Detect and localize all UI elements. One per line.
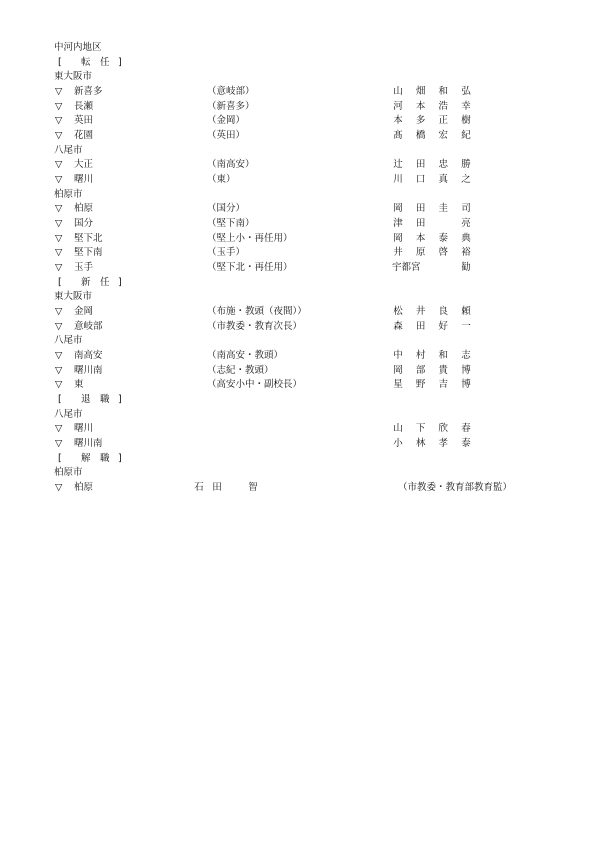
school-name: 大正: [74, 158, 93, 172]
person-name: 山畑和弘: [392, 85, 472, 99]
name-char: 啓: [437, 246, 449, 260]
name-char: 岡: [392, 232, 404, 246]
name-char: 典: [460, 232, 472, 246]
name-char: 忠: [437, 158, 449, 172]
name-char: 泰: [460, 437, 472, 451]
name-char: 正: [437, 114, 449, 128]
city-name: 東大阪市: [54, 70, 92, 84]
person-name: 井原啓裕: [392, 246, 472, 260]
name-char: 河: [392, 100, 404, 114]
triangle-marker-icon: ▽: [55, 232, 62, 246]
section-label-char: 転: [81, 56, 91, 70]
name-char: 欣: [437, 422, 449, 436]
new-post: （市教委・教育部教育監）: [398, 481, 512, 495]
name-char: 星: [392, 378, 404, 392]
person-name: 髙橋宏紀: [392, 129, 472, 143]
triangle-marker-icon: ▽: [55, 100, 62, 114]
name-char: 井: [392, 246, 404, 260]
name-char: 司: [460, 202, 472, 216]
person-name: 松井良頼: [392, 305, 472, 319]
previous-post: （志紀・教頭）: [207, 364, 274, 378]
name-char: 中: [392, 349, 404, 363]
name-char: 林: [415, 437, 427, 451]
triangle-marker-icon: ▽: [55, 261, 62, 275]
section-label-char: 解: [81, 452, 91, 466]
name-char: 博: [460, 378, 472, 392]
triangle-marker-icon: ▽: [55, 217, 62, 231]
name-char: 勧: [460, 261, 472, 275]
personnel-entry: ▽曙川山下欣春: [0, 422, 596, 436]
triangle-marker-icon: ▽: [55, 129, 62, 143]
name-char: 吉: [437, 378, 449, 392]
previous-post: （英田）: [207, 129, 245, 143]
name-char: [229, 481, 241, 495]
triangle-marker-icon: ▽: [55, 305, 62, 319]
name-char: 頼: [460, 305, 472, 319]
section-label-char: ]: [118, 452, 122, 466]
city-heading: 八尾市: [0, 334, 596, 348]
person-name: 小林孝泰: [392, 437, 472, 451]
name-char: 泰: [437, 232, 449, 246]
triangle-marker-icon: ▽: [55, 422, 62, 436]
previous-post: （高安小中・副校長）: [207, 378, 302, 392]
school-name: 花園: [74, 129, 93, 143]
name-char: 部: [415, 364, 427, 378]
previous-post: （堅上小・再任用）: [207, 232, 293, 246]
city-heading: 東大阪市: [0, 70, 596, 84]
school-name: 国分: [74, 217, 93, 231]
name-char: 田: [415, 158, 427, 172]
personnel-entry: ▽新喜多（意岐部）山畑和弘: [0, 85, 596, 99]
section-label-char: 職: [100, 452, 110, 466]
triangle-marker-icon: ▽: [55, 320, 62, 334]
name-char: 亮: [460, 217, 472, 231]
school-name: 東: [74, 378, 84, 392]
personnel-entry: ▽堅下北（堅上小・再任用）岡本泰典: [0, 232, 596, 246]
previous-post: （堅下南）: [207, 217, 255, 231]
section-label-char: [: [58, 393, 62, 407]
previous-post: （市教委・教育次長）: [207, 320, 302, 334]
personnel-entry: ▽曙川南小林孝泰: [0, 437, 596, 451]
section-label-char: [: [58, 452, 62, 466]
person-name: 石田智: [193, 481, 283, 495]
section-label-char: [: [58, 56, 62, 70]
city-name: 東大阪市: [54, 290, 92, 304]
name-char: 原: [415, 246, 427, 260]
triangle-marker-icon: ▽: [55, 173, 62, 187]
personnel-entry: ▽国分（堅下南）津田亮: [0, 217, 596, 231]
name-char: 春: [460, 422, 472, 436]
previous-post: （国分）: [207, 202, 245, 216]
name-char: 橋: [415, 129, 427, 143]
city-heading: 柏原市: [0, 466, 596, 480]
previous-post: （南高安・教頭）: [207, 349, 283, 363]
name-char: 小: [392, 437, 404, 451]
name-char: 野: [415, 378, 427, 392]
personnel-entry: ▽英田（金岡）本多正樹: [0, 114, 596, 128]
person-name: 森田好一: [392, 320, 472, 334]
person-name: 岡田圭司: [392, 202, 472, 216]
section-heading-release: [解職]: [0, 452, 596, 466]
section-label-char: [: [58, 276, 62, 290]
name-char: 良: [437, 305, 449, 319]
section-label-char: 職: [100, 393, 110, 407]
school-name: 英田: [74, 114, 93, 128]
name-char: 川: [392, 173, 404, 187]
section-label-char: ]: [118, 56, 122, 70]
personnel-entry: ▽意岐部（市教委・教育次長）森田好一: [0, 320, 596, 334]
name-char: 勝: [460, 158, 472, 172]
triangle-marker-icon: ▽: [55, 364, 62, 378]
personnel-entry: ▽東（高安小中・副校長）星野吉博: [0, 378, 596, 392]
name-char: [437, 217, 449, 231]
district-heading: 中河内地区: [0, 41, 596, 55]
name-char: 田: [415, 217, 427, 231]
school-name: 金岡: [74, 305, 93, 319]
section-heading-new: [新任]: [0, 276, 596, 290]
section-label-char: 退: [81, 393, 91, 407]
name-char: 宇都宮: [392, 261, 432, 275]
name-char: 下: [415, 422, 427, 436]
name-char: 浩: [437, 100, 449, 114]
triangle-marker-icon: ▽: [55, 158, 62, 172]
name-char: 口: [415, 173, 427, 187]
school-name: 長瀬: [74, 100, 93, 114]
person-name: 河本浩幸: [392, 100, 472, 114]
personnel-entry: ▽花園（英田）髙橋宏紀: [0, 129, 596, 143]
name-char: 津: [392, 217, 404, 231]
person-name: 星野吉博: [392, 378, 472, 392]
previous-post: （新喜多）: [207, 100, 255, 114]
personnel-entry: ▽大正（南高安）辻田忠勝: [0, 158, 596, 172]
person-name: 辻田忠勝: [392, 158, 472, 172]
school-name: 意岐部: [74, 320, 103, 334]
name-char: 好: [437, 320, 449, 334]
name-char: 宏: [437, 129, 449, 143]
personnel-entry: ▽南高安（南高安・教頭）中村和志: [0, 349, 596, 363]
personnel-entry: ▽玉手（堅下北・再任用）宇都宮勧: [0, 261, 596, 275]
person-name: 本多正樹: [392, 114, 472, 128]
school-name: 堅下南: [74, 246, 103, 260]
triangle-marker-icon: ▽: [55, 378, 62, 392]
name-char: 本: [392, 114, 404, 128]
name-char: 井: [415, 305, 427, 319]
school-name: 新喜多: [74, 85, 103, 99]
school-name: 曙川: [74, 422, 93, 436]
city-name: 柏原市: [54, 466, 83, 480]
section-label-char: 任: [100, 276, 110, 290]
person-name: 山下欣春: [392, 422, 472, 436]
name-char: 幸: [460, 100, 472, 114]
personnel-entry: ▽堅下南（玉手）井原啓裕: [0, 246, 596, 260]
person-name: 岡部貴博: [392, 364, 472, 378]
name-char: 岡: [392, 364, 404, 378]
personnel-entry: ▽柏原石田智（市教委・教育部教育監）: [0, 481, 596, 495]
name-char: 裕: [460, 246, 472, 260]
personnel-entry: ▽柏原（国分）岡田圭司: [0, 202, 596, 216]
previous-post: （金岡）: [207, 114, 245, 128]
school-name: 曙川: [74, 173, 93, 187]
person-name: 宇都宮勧: [392, 261, 472, 275]
name-char: 本: [415, 232, 427, 246]
name-char: 紀: [460, 129, 472, 143]
school-name: 曙川南: [74, 437, 103, 451]
name-char: 智: [247, 481, 259, 495]
district-title: 中河内地区: [54, 41, 102, 55]
name-char: 田: [415, 202, 427, 216]
section-label-char: 新: [81, 276, 91, 290]
name-char: 樹: [460, 114, 472, 128]
triangle-marker-icon: ▽: [55, 85, 62, 99]
school-name: 堅下北: [74, 232, 103, 246]
name-char: 山: [392, 422, 404, 436]
school-name: 曙川南: [74, 364, 103, 378]
personnel-entry: ▽金岡（布施・教頭（夜間））松井良頼: [0, 305, 596, 319]
section-heading-transfer: [転任]: [0, 56, 596, 70]
previous-post: （東）: [207, 173, 236, 187]
name-char: 多: [415, 114, 427, 128]
name-char: 之: [460, 173, 472, 187]
name-char: 田: [415, 320, 427, 334]
name-char: 弘: [460, 85, 472, 99]
previous-post: （意岐部）: [207, 85, 255, 99]
person-name: 津田亮: [392, 217, 472, 231]
name-char: 辻: [392, 158, 404, 172]
triangle-marker-icon: ▽: [55, 437, 62, 451]
triangle-marker-icon: ▽: [55, 202, 62, 216]
city-name: 八尾市: [54, 408, 83, 422]
previous-post: （堅下北・再任用）: [207, 261, 293, 275]
name-char: 岡: [392, 202, 404, 216]
person-name: 岡本泰典: [392, 232, 472, 246]
name-char: 本: [415, 100, 427, 114]
section-label-char: 任: [100, 56, 110, 70]
name-char: 村: [415, 349, 427, 363]
name-char: 真: [437, 173, 449, 187]
school-name: 柏原: [74, 481, 93, 495]
previous-post: （玉手）: [207, 246, 245, 260]
school-name: 玉手: [74, 261, 93, 275]
document-page: 中河内地区[転任]東大阪市▽新喜多（意岐部）山畑和弘▽長瀬（新喜多）河本浩幸▽英…: [0, 0, 596, 843]
city-name: 八尾市: [54, 334, 83, 348]
triangle-marker-icon: ▽: [55, 246, 62, 260]
city-heading: 東大阪市: [0, 290, 596, 304]
name-char: 博: [460, 364, 472, 378]
name-char: 志: [460, 349, 472, 363]
personnel-entry: ▽曙川南（志紀・教頭）岡部貴博: [0, 364, 596, 378]
section-label-char: ]: [118, 393, 122, 407]
name-char: 森: [392, 320, 404, 334]
triangle-marker-icon: ▽: [55, 114, 62, 128]
city-name: 柏原市: [54, 188, 83, 202]
name-char: 孝: [437, 437, 449, 451]
person-name: 川口真之: [392, 173, 472, 187]
triangle-marker-icon: ▽: [55, 481, 62, 495]
section-label-char: ]: [118, 276, 122, 290]
triangle-marker-icon: ▽: [55, 349, 62, 363]
city-heading: 八尾市: [0, 408, 596, 422]
city-heading: 柏原市: [0, 188, 596, 202]
city-name: 八尾市: [54, 144, 83, 158]
personnel-entry: ▽曙川（東）川口真之: [0, 173, 596, 187]
name-char: 山: [392, 85, 404, 99]
name-char: 松: [392, 305, 404, 319]
name-char: 貴: [437, 364, 449, 378]
name-char: 和: [437, 349, 449, 363]
previous-post: （南高安）: [207, 158, 255, 172]
city-heading: 八尾市: [0, 144, 596, 158]
school-name: 柏原: [74, 202, 93, 216]
name-char: 髙: [392, 129, 404, 143]
personnel-entry: ▽長瀬（新喜多）河本浩幸: [0, 100, 596, 114]
name-char: 畑: [415, 85, 427, 99]
name-char: 和: [437, 85, 449, 99]
section-heading-retire: [退職]: [0, 393, 596, 407]
school-name: 南高安: [74, 349, 103, 363]
previous-post: （布施・教頭（夜間））: [207, 305, 307, 319]
name-char: 石: [193, 481, 205, 495]
name-char: 田: [211, 481, 223, 495]
name-char: 圭: [437, 202, 449, 216]
person-name: 中村和志: [392, 349, 472, 363]
name-char: 一: [460, 320, 472, 334]
